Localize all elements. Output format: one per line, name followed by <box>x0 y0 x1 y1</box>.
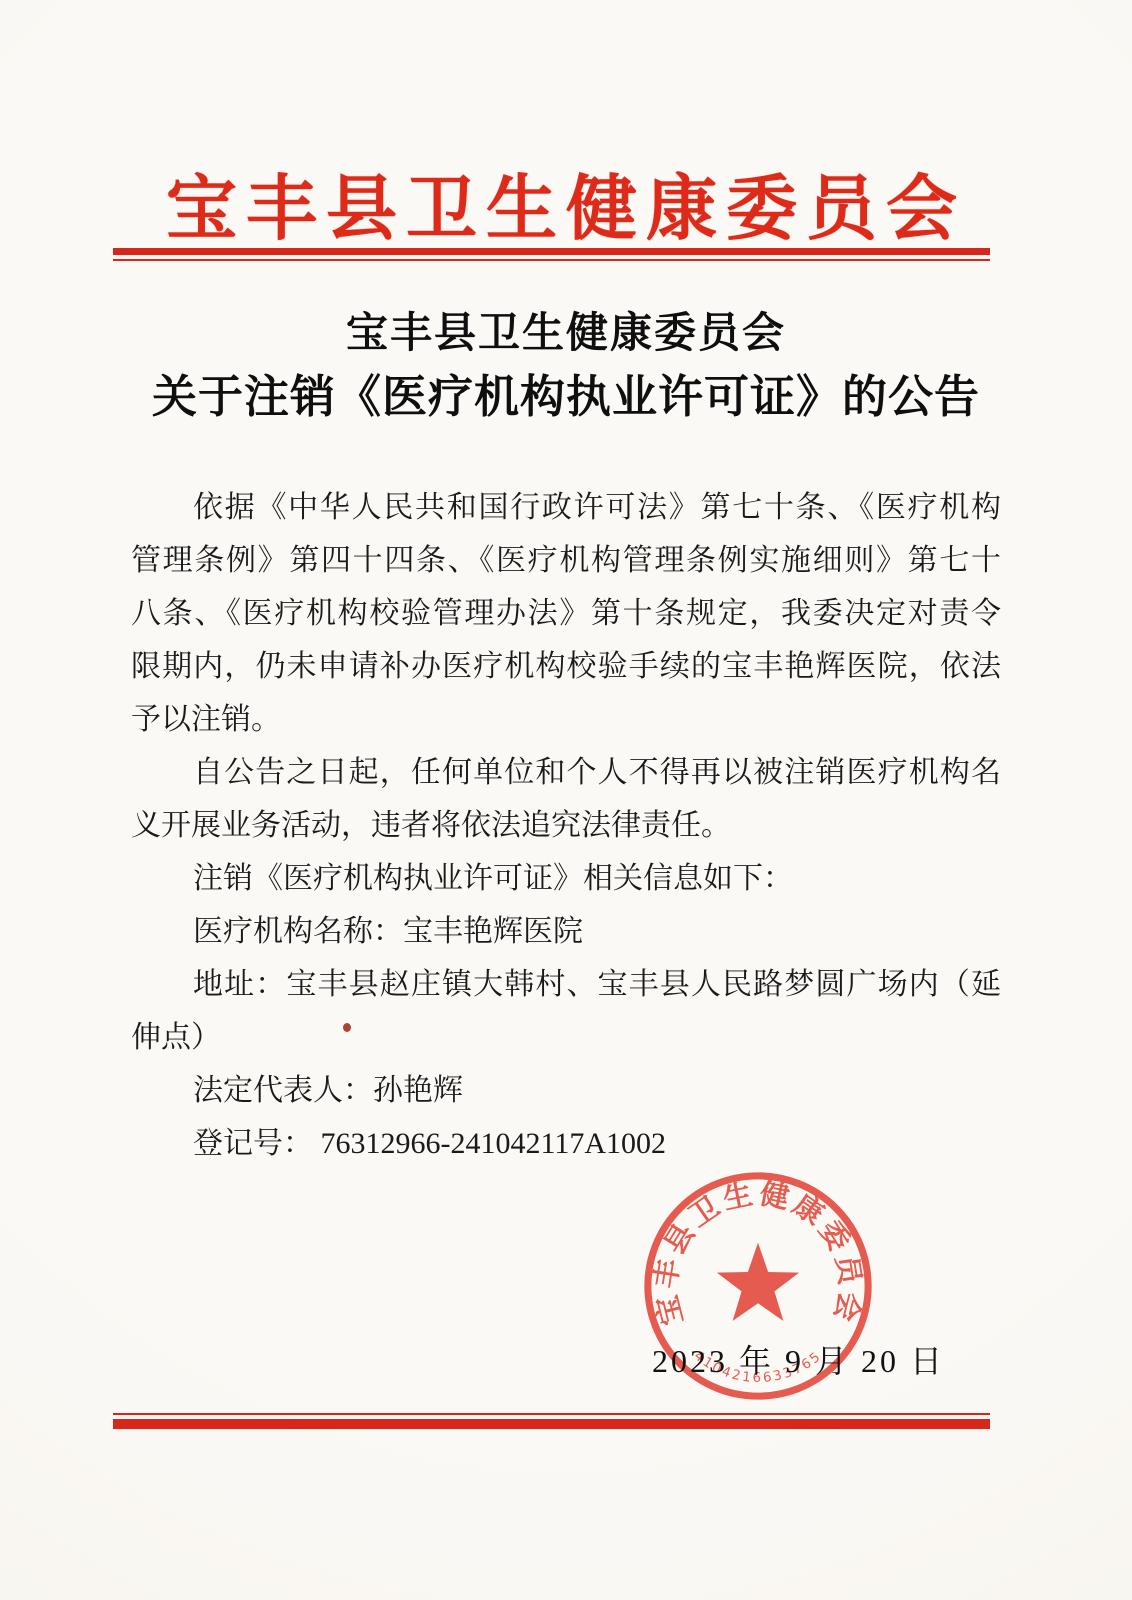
document-body: 依据《中华人民共和国行政许可法》第七十条、《医疗机构管理条例》第四十四条、《医疗… <box>131 481 1001 1170</box>
document-title-line2: 关于注销《医疗机构执业许可证》的公告 <box>0 360 1132 425</box>
body-text-line: 伸点） <box>131 1011 1001 1064</box>
body-text-line: 义开展业务活动，违者将依法追究法律责任。 <box>131 799 1001 852</box>
footer-divider <box>113 1413 990 1429</box>
body-text-line: 医疗机构名称：宝丰艳辉医院 <box>131 905 1001 958</box>
body-text-line: 登记号： 76312966-241042117A1002 <box>131 1117 1001 1170</box>
body-text-line: 法定代表人：孙艳辉 <box>131 1064 1001 1117</box>
divider-thin-bar <box>113 1413 990 1415</box>
letterhead-divider <box>113 248 990 261</box>
divider-thin-bar <box>113 259 990 261</box>
body-text-line: 地址：宝丰县赵庄镇大韩村、宝丰县人民路梦圆广场内（延 <box>131 958 1001 1011</box>
body-text-line: 予以注销。 <box>131 693 1001 746</box>
ink-speck <box>343 1023 351 1032</box>
scanned-document-page: 宝丰县卫生健康委员会 宝丰县卫生健康委员会 关于注销《医疗机构执业许可证》的公告… <box>0 0 1132 1600</box>
body-text-line: 限期内，仍未申请补办医疗机构校验手续的宝丰艳辉医院，依法 <box>131 640 1001 693</box>
body-text-line: 注销《医疗机构执业许可证》相关信息如下： <box>131 852 1001 905</box>
divider-thick-bar <box>113 248 990 255</box>
body-text-line: 管理条例》第四十四条、《医疗机构管理条例实施细则》第七十 <box>131 534 1001 587</box>
body-text-line: 依据《中华人民共和国行政许可法》第七十条、《医疗机构 <box>131 481 1001 534</box>
seal-star-icon <box>717 1243 799 1321</box>
document-date: 2023 年 9 月 20 日 <box>652 1336 945 1382</box>
body-text-line: 八条、《医疗机构校验管理办法》第十条规定，我委决定对责令 <box>131 587 1001 640</box>
body-text-line: 自公告之日起，任何单位和个人不得再以被注销医疗机构名 <box>131 746 1001 799</box>
document-title-line1: 宝丰县卫生健康委员会 <box>0 300 1132 360</box>
divider-thick-bar <box>113 1419 990 1429</box>
letterhead-title: 宝丰县卫生健康委员会 <box>0 152 1132 254</box>
